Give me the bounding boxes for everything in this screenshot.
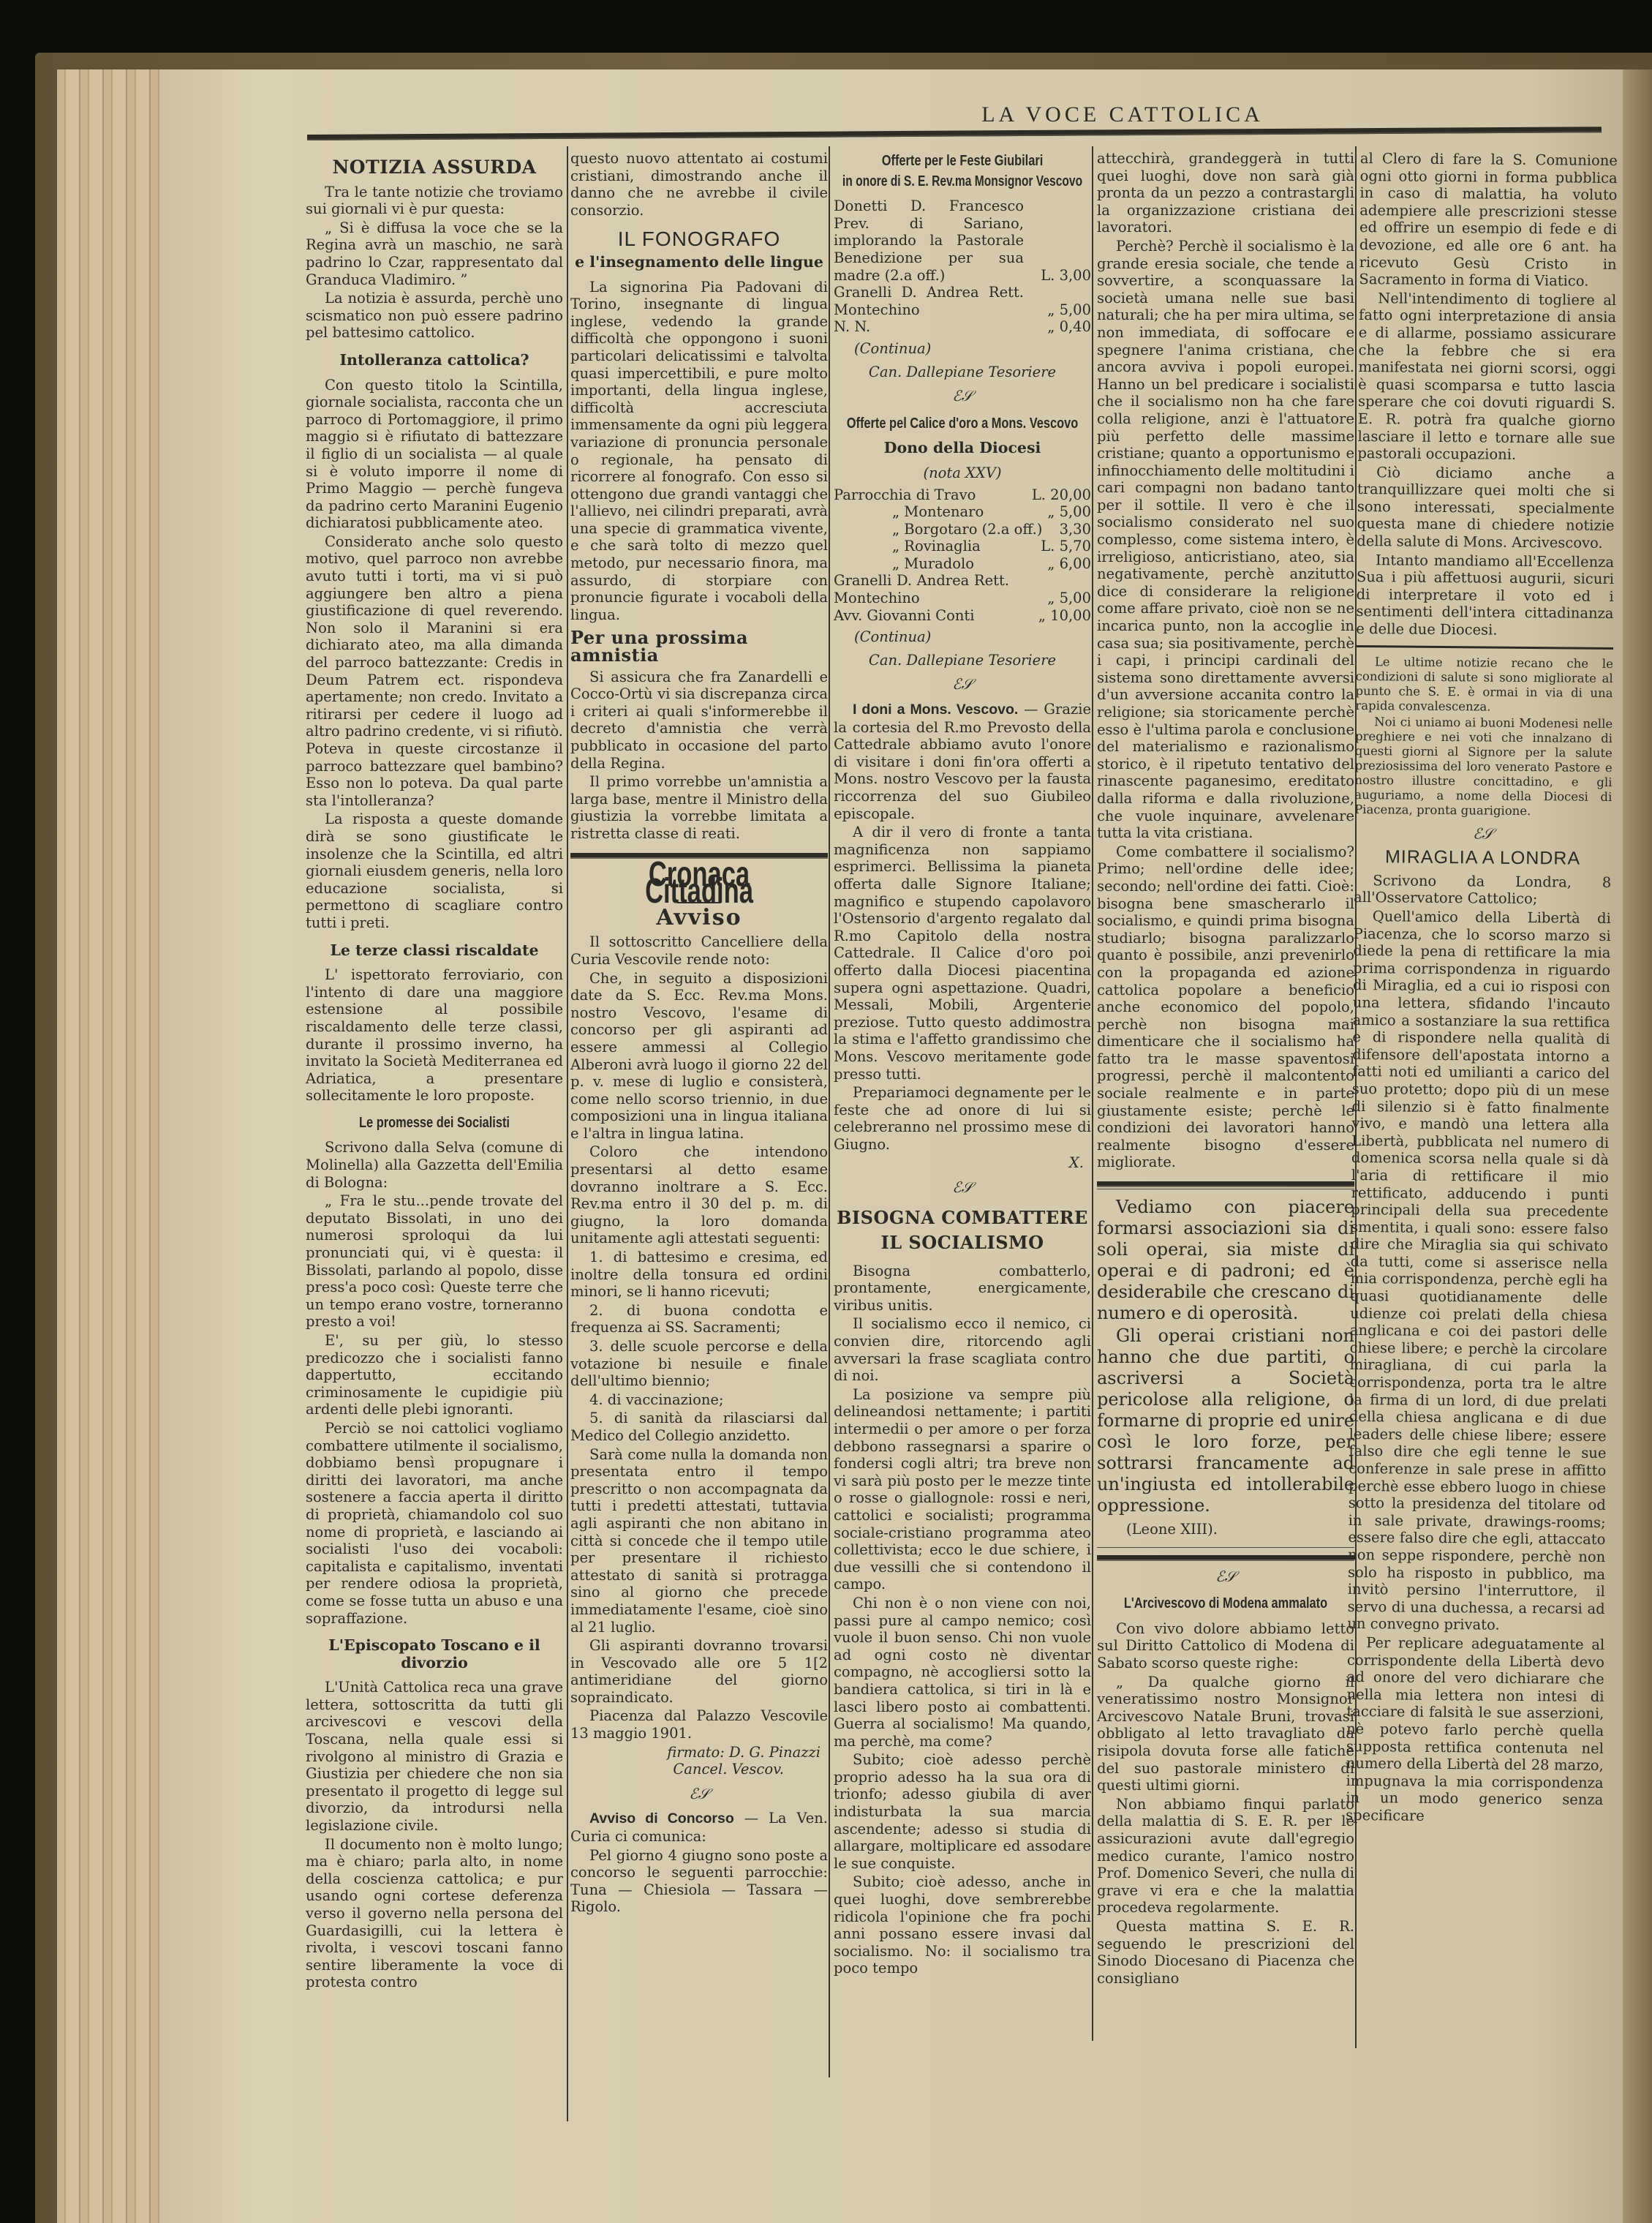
ornament-icon: ℰ𝒮 <box>570 1786 828 1803</box>
article-text: — Grazie la cortesia del R.mo Prevosto d… <box>834 701 1091 822</box>
donation-amount: „ 5,00 <box>1043 590 1091 607</box>
article-text: Subito; cioè adesso, anche in quei luogh… <box>834 1873 1091 1977</box>
section-title-cronaca-cittadina: Cronaca Cittadina <box>606 866 791 900</box>
list-item: 5. di sanità da rilasciarsi dal Medico d… <box>570 1410 828 1444</box>
column-2: questo nuovo attentato ai costumi cristi… <box>570 150 828 1917</box>
donation-row: Donetti D. Francesco Prev. di Sariano, i… <box>834 198 1091 284</box>
latest-news-box: Le ultime notizie recano che le condizio… <box>1354 655 1613 819</box>
donation-amount: L. 5,70 <box>1036 538 1091 555</box>
ornament-icon: ℰ𝒮 <box>834 388 1091 405</box>
article-quote: „ Da qualche giorno il veneratissimo nos… <box>1097 1674 1354 1794</box>
donation-amount: „ 5,00 <box>1043 503 1091 521</box>
ornament-icon: ℰ𝒮 <box>1097 1568 1354 1586</box>
article-text: La posizione va sempre più delineandosi … <box>834 1386 1091 1593</box>
article-text: Con questo titolo la Scintilla, giornale… <box>306 377 563 532</box>
donor-name: Granelli D. Andrea Rett. Montechino <box>834 284 1024 318</box>
article-text: Perciò se noi cattolici vogliamo combatt… <box>306 1420 563 1627</box>
donor-name: „ Rovinaglia <box>892 538 981 555</box>
donor-name: Granelli D. Andrea Rett. Montechino <box>834 572 1009 606</box>
article-text: Chi non è o non viene con noi, passi pur… <box>834 1595 1091 1750</box>
article-text: Il primo vorrebbe un'amnistia a larga ba… <box>570 773 828 842</box>
article-text: Con vivo dolore abbiamo letto sul Diritt… <box>1097 1620 1354 1672</box>
signature-title: Cancel. Vescov. <box>570 1761 828 1778</box>
article-text: Come combattere il socialismo? Primo; ne… <box>1097 843 1354 1171</box>
article-text: Bisogna combatterlo, prontamente, energi… <box>834 1263 1091 1314</box>
subheadline-fonografo: e l'insegnamento delle lingue <box>570 254 828 271</box>
article-text: E', su per giù, lo stesso predicozzo che… <box>306 1332 563 1418</box>
masthead: LA VOCE CATTOLICA <box>307 102 1602 127</box>
donation-row: „ Borgotaro (2.a off.)3,30 <box>834 521 1091 538</box>
continued-note: (Continua) <box>834 628 1091 646</box>
donation-amount: L. 3,00 <box>1036 267 1091 285</box>
article-text: Per replicare adeguatamente al corrispon… <box>1346 1634 1604 1827</box>
column-5: al Clero di fare la S. Comunione ogni ot… <box>1346 150 1618 1827</box>
section-rule <box>1097 1555 1354 1561</box>
list-item: 4. di vaccinazione; <box>570 1391 828 1409</box>
donation-amount: „ 0,40 <box>1043 318 1091 336</box>
article-text: Il sottoscritto Cancelliere della Curia … <box>570 933 828 968</box>
article-continuation: al Clero di fare la S. Comunione ogni ot… <box>1359 150 1618 290</box>
donor-name: Avv. Giovanni Conti <box>834 607 974 625</box>
page-curl-edge <box>1623 69 1652 2223</box>
article-text: Si assicura che fra Zanardelli e Cocco-O… <box>570 669 828 772</box>
headline-arcivescovo-modena: L'Arcivescovo di Modena ammalato <box>1120 1595 1332 1613</box>
article-text: Sarà come nulla la domanda non presentat… <box>570 1446 828 1636</box>
donation-row: „ Muradolo„ 6,00 <box>834 555 1091 573</box>
headline-intolleranza: Intolleranza cattolica? <box>306 352 563 369</box>
list-item: 2. di buona condotta e frequenza ai SS. … <box>570 1302 828 1336</box>
article-text: A dir il vero di fronte a tanta magnific… <box>834 824 1091 1083</box>
list-item: 3. delle scuole percorse e della votazio… <box>570 1338 828 1390</box>
article-continuation: attecchirà, grandeggerà in tutti quei lu… <box>1097 150 1354 236</box>
donor-name: „ Muradolo <box>892 555 974 573</box>
donation-amount: „ 6,00 <box>1043 555 1091 573</box>
article-text: Subito; cioè adesso perchè proprio adess… <box>834 1751 1091 1872</box>
donor-name: Donetti D. Francesco Prev. di Sariano, i… <box>834 198 1024 284</box>
article-text: Quell'amico della Libertà di Piacenza, c… <box>1347 908 1611 1635</box>
article-text: Scrivono dalla Selva (comune di Molinell… <box>306 1139 563 1191</box>
donation-amount: „ 5,00 <box>1043 301 1091 319</box>
article-text: La risposta a queste domande dirà se son… <box>306 810 563 931</box>
donation-row: N. N. „ 0,40 <box>834 318 1091 336</box>
newspaper-title: LA VOCE CATTOLICA <box>475 102 1652 127</box>
signature: X. <box>834 1154 1091 1172</box>
headline-promesse-socialisti: Le promesse dei Socialisti <box>329 1115 540 1132</box>
headline-offerte-calice: Offerte pel Calice d'oro a Mons. Vescovo <box>839 415 1086 433</box>
article-text: Tra le tante notizie che troviamo sui gi… <box>306 184 563 218</box>
ornament-icon: ℰ𝒮 <box>1354 824 1612 844</box>
continued-note: (Continua) <box>834 340 1091 358</box>
article-text: Non abbiamo finqui parlato della malatti… <box>1097 1796 1354 1917</box>
column-rule <box>1092 146 1093 2041</box>
headline-terze-classi: Le terze classi riscaldate <box>306 942 563 960</box>
quote-attribution: (Leone XIII). <box>1097 1521 1354 1538</box>
signature: Can. Dallepiane Tesoriere <box>834 652 1091 669</box>
article-text: Coloro che intendono presentarsi al dett… <box>570 1143 828 1247</box>
article-text: Piacenza dal Palazzo Vescovile 13 maggio… <box>570 1707 828 1742</box>
donation-row: „ Montenaro„ 5,00 <box>834 503 1091 521</box>
donation-row: Granelli D. Andrea Rett. Montechino „ 5,… <box>834 284 1091 318</box>
ornament-icon: ℰ𝒮 <box>834 1179 1091 1197</box>
subheadline-dono-diocesi: Dono della Diocesi <box>834 440 1091 457</box>
donor-name: N. N. <box>834 318 870 336</box>
donation-row: Parrocchia di TravoL. 20,00 <box>834 486 1091 504</box>
donor-name: „ Borgotaro (2.a off.) <box>892 521 1042 538</box>
signature: Can. Dallepiane Tesoriere <box>834 364 1091 381</box>
section-rule-thin <box>1097 1547 1354 1548</box>
donation-row: Avv. Giovanni Conti„ 10,00 <box>834 607 1091 625</box>
article-text: Le ultime notizie recano che le condizio… <box>1355 655 1613 715</box>
article-text: Intanto mandiamo all'Eccellenza Sua i pi… <box>1356 552 1614 640</box>
article-text: Noi ci uniamo ai buoni Modenesi nelle pr… <box>1354 715 1613 819</box>
column-4: attecchirà, grandeggerà in tutti quei lu… <box>1097 150 1354 1988</box>
donor-name: Parrocchia di Travo <box>834 486 976 504</box>
column-rule <box>567 146 568 2121</box>
article-text: La notizia è assurda, perchè uno scismat… <box>306 290 563 342</box>
headline-fonografo: IL FONOGRAFO <box>570 230 828 248</box>
article-text: Il socialismo ecco il nemico, ci convien… <box>834 1315 1091 1384</box>
article-text: Perchè? Perchè il socialismo è la grande… <box>1097 238 1354 842</box>
article-text: Scrivono da Londra, 8 all'Osservatore Ca… <box>1354 872 1611 909</box>
article-text: Ciò diciamo anche a tranquillizzare quei… <box>1357 464 1615 552</box>
headline-avviso-concorso: Avviso di Concorso <box>589 1810 734 1827</box>
leone-quote-box: Vediamo con piacere formarsi associazion… <box>1097 1197 1354 1516</box>
article-text: Questa mattina S. E. R. seguendo le pres… <box>1097 1918 1354 1987</box>
headline-miraglia-londra: MIRAGLIA A LONDRA <box>1354 849 1611 868</box>
headline-notizia-assurda: NOTIZIA ASSURDA <box>306 159 563 176</box>
article-text: Pel giorno 4 giugno sono poste a concors… <box>570 1847 828 1916</box>
ornament-icon: ℰ𝒮 <box>834 676 1091 693</box>
signature: firmato: D. G. Pinazzi <box>570 1744 828 1761</box>
donation-amount: 3,30 <box>1055 521 1091 538</box>
headline-doni-vescovo: I doni a Mons. Vescovo. <box>853 701 1018 718</box>
donor-name: „ Montenaro <box>892 503 984 521</box>
article-text: Gli aspiranti dovranno trovarsi in Vesco… <box>570 1637 828 1706</box>
section-rule <box>1356 645 1613 650</box>
note-number: (nota XXV) <box>834 464 1091 482</box>
article-text: L'Unità Cattolica reca una grave lettera… <box>306 1679 563 1834</box>
donation-amount: „ 10,00 <box>1034 607 1091 625</box>
donation-row: Granelli D. Andrea Rett. Montechino„ 5,0… <box>834 572 1091 606</box>
section-rule <box>1097 1181 1354 1187</box>
article-quote: „ Fra le stu...pende trovate del deputat… <box>306 1192 563 1331</box>
article-text: Nell'intendimento di togliere al fatto o… <box>1357 290 1616 464</box>
headline-bisogna-combattere: BISOGNA COMBATTERE IL SOCIALISMO <box>834 1205 1091 1255</box>
headline-episcopato-toscano: L'Episcopato Toscano e il divorzio <box>306 1637 563 1671</box>
article-text: La signorina Pia Padovani di Torino, ins… <box>570 279 828 624</box>
article-text: Il documento non è molto lungo; ma è chi… <box>306 1836 563 1991</box>
column-3: Offerte per le Feste Giubilari in onore … <box>834 150 1091 1979</box>
column-rule <box>829 146 830 2077</box>
article-text: Che, in seguito a disposizioni date da S… <box>570 970 828 1143</box>
quote-text: Gli operai cristiani non hanno che due p… <box>1097 1325 1354 1516</box>
headline-offerte-feste: Offerte per le Feste Giubilari <box>857 153 1068 170</box>
article-continuation: questo nuovo attentato ai costumi cristi… <box>570 150 828 219</box>
headline-amnistia: Per una prossima amnistia <box>570 629 828 663</box>
article-quote: „ Si è diffusa la voce che se la Regina … <box>306 219 563 288</box>
subheadline-offerte-feste: in onore di S. E. Rev.ma Monsignor Vesco… <box>840 173 1086 191</box>
donation-amount: L. 20,00 <box>1027 486 1091 504</box>
article-text: Prepariamoci degnamente per le feste che… <box>834 1084 1091 1153</box>
donation-row: „ RovinagliaL. 5,70 <box>834 538 1091 555</box>
list-item: 1. di battesimo e cresima, ed inoltre de… <box>570 1249 828 1301</box>
page-edges <box>57 69 167 2223</box>
article-text: L' ispettorato ferroviario, con l'intent… <box>306 966 563 1105</box>
quote-text: Vediamo con piacere formarsi associazion… <box>1097 1197 1354 1324</box>
section-rule-thin <box>1097 1189 1354 1189</box>
column-1: NOTIZIA ASSURDA Tra le tante notizie che… <box>306 150 563 1993</box>
article-text: Considerato anche solo questo motivo, qu… <box>306 533 563 810</box>
headline-avviso: Avviso <box>570 909 828 927</box>
